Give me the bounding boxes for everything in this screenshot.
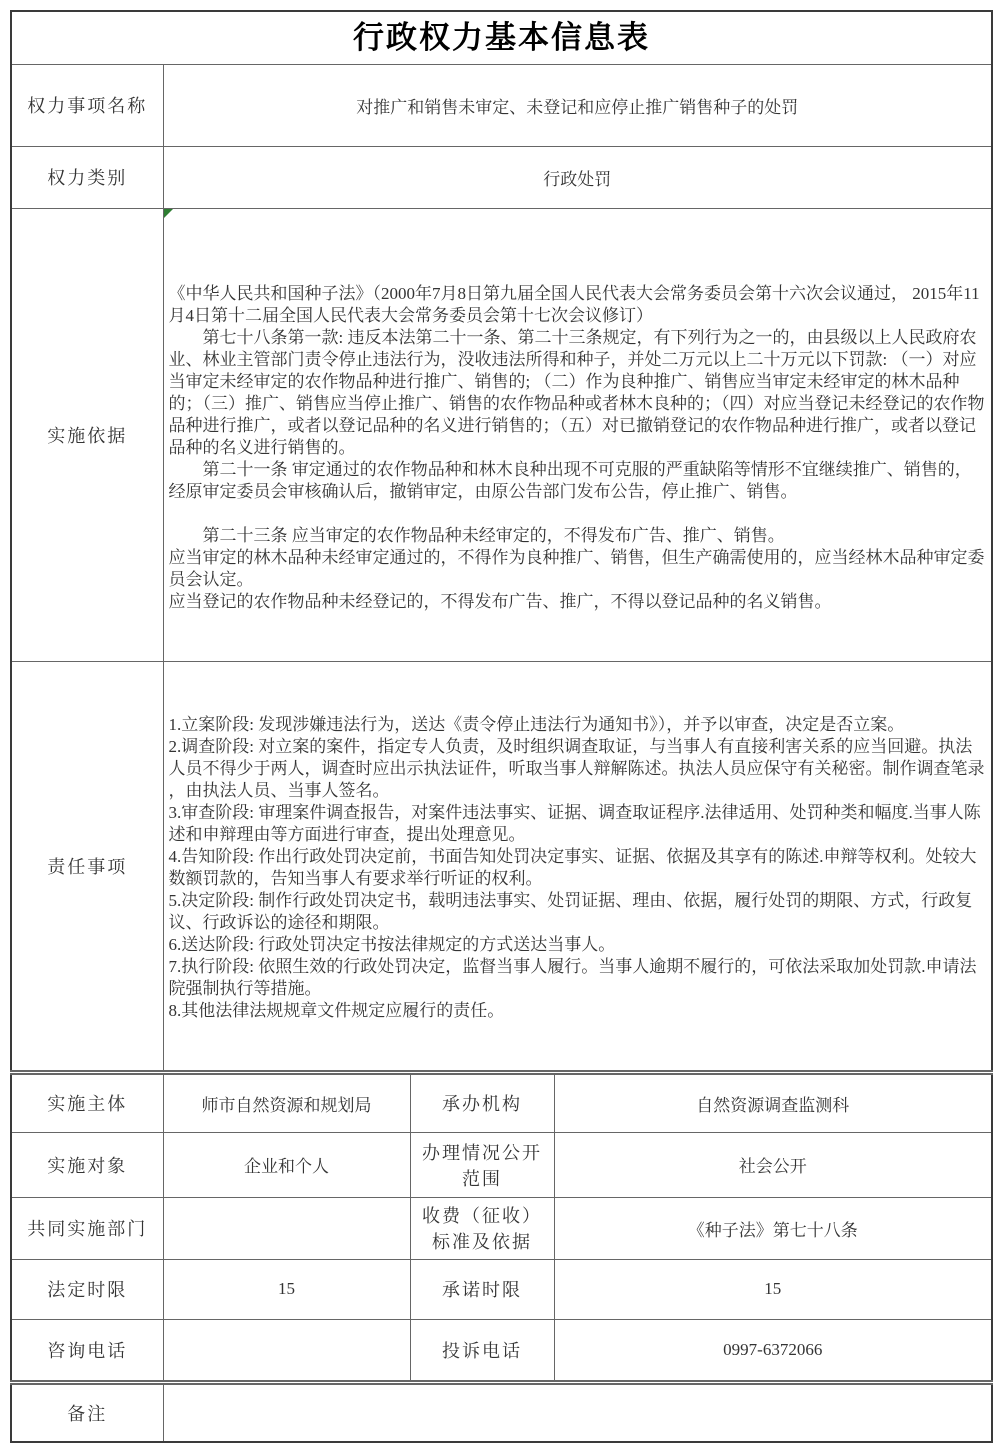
label-target: 实施对象 (11, 1132, 163, 1197)
row-item-name: 权力事项名称 对推广和销售未审定、未登记和应停止推广销售种子的处罚 (11, 64, 992, 146)
label-duties: 责任事项 (11, 661, 163, 1072)
label-consult-phone: 咨询电话 (11, 1319, 163, 1382)
label-disclosure-scope: 办理情况公开范围 (410, 1132, 554, 1197)
cell-error-indicator-icon (164, 209, 173, 218)
admin-power-info-table: 行政权力基本信息表 权力事项名称 对推广和销售未审定、未登记和应停止推广销售种子… (10, 10, 993, 1443)
row-category: 权力类别 行政处罚 (11, 146, 992, 208)
label-remarks: 备注 (11, 1382, 163, 1442)
label-implementer: 实施主体 (11, 1072, 163, 1132)
legal-basis-text: 《中华人民共和国种子法》（2000年7月8日第九届全国人民代表大会常务委员会第十… (169, 283, 986, 613)
label-category: 权力类别 (11, 146, 163, 208)
row-duties: 责任事项 1.立案阶段: 发现涉嫌违法行为，送达《责令停止违法行为通知书》），并… (11, 661, 992, 1072)
value-promised-time-limit: 15 (554, 1259, 992, 1319)
value-legal-basis: 《中华人民共和国种子法》（2000年7月8日第九届全国人民代表大会常务委员会第十… (163, 208, 992, 661)
row-phones: 咨询电话 投诉电话 0997-6372066 (11, 1319, 992, 1382)
row-joint-fee: 共同实施部门 收费（征收）标准及依据 《种子法》第七十八条 (11, 1197, 992, 1259)
value-statutory-time-limit: 15 (163, 1259, 410, 1319)
label-handling-org: 承办机构 (410, 1072, 554, 1132)
value-item-name: 对推广和销售未审定、未登记和应停止推广销售种子的处罚 (163, 64, 992, 146)
value-target: 企业和个人 (163, 1132, 410, 1197)
label-statutory-time-limit: 法定时限 (11, 1259, 163, 1319)
row-time-limits: 法定时限 15 承诺时限 15 (11, 1259, 992, 1319)
value-duties: 1.立案阶段: 发现涉嫌违法行为，送达《责令停止违法行为通知书》），并予以审查，… (163, 661, 992, 1072)
row-legal-basis: 实施依据 《中华人民共和国种子法》（2000年7月8日第九届全国人民代表大会常务… (11, 208, 992, 661)
value-remarks (163, 1382, 992, 1442)
value-fee-standard: 《种子法》第七十八条 (554, 1197, 992, 1259)
value-complaint-phone: 0997-6372066 (554, 1319, 992, 1382)
value-joint-departments (163, 1197, 410, 1259)
value-disclosure-scope: 社会公开 (554, 1132, 992, 1197)
value-handling-org: 自然资源调查监测科 (554, 1072, 992, 1132)
value-consult-phone (163, 1319, 410, 1382)
value-category: 行政处罚 (163, 146, 992, 208)
duties-text: 1.立案阶段: 发现涉嫌违法行为，送达《责令停止违法行为通知书》），并予以审查，… (169, 714, 986, 1022)
row-remarks: 备注 (11, 1382, 992, 1442)
title-row: 行政权力基本信息表 (11, 11, 992, 64)
title-cell: 行政权力基本信息表 (11, 11, 992, 64)
row-implementer: 实施主体 师市自然资源和规划局 承办机构 自然资源调查监测科 (11, 1072, 992, 1132)
label-joint-departments: 共同实施部门 (11, 1197, 163, 1259)
page-title: 行政权力基本信息表 (353, 20, 650, 55)
label-fee-standard: 收费（征收）标准及依据 (410, 1197, 554, 1259)
value-implementer: 师市自然资源和规划局 (163, 1072, 410, 1132)
label-complaint-phone: 投诉电话 (410, 1319, 554, 1382)
label-promised-time-limit: 承诺时限 (410, 1259, 554, 1319)
label-legal-basis: 实施依据 (11, 208, 163, 661)
document-sheet: 行政权力基本信息表 权力事项名称 对推广和销售未审定、未登记和应停止推广销售种子… (10, 10, 993, 1443)
row-target: 实施对象 企业和个人 办理情况公开范围 社会公开 (11, 1132, 992, 1197)
label-item-name: 权力事项名称 (11, 64, 163, 146)
